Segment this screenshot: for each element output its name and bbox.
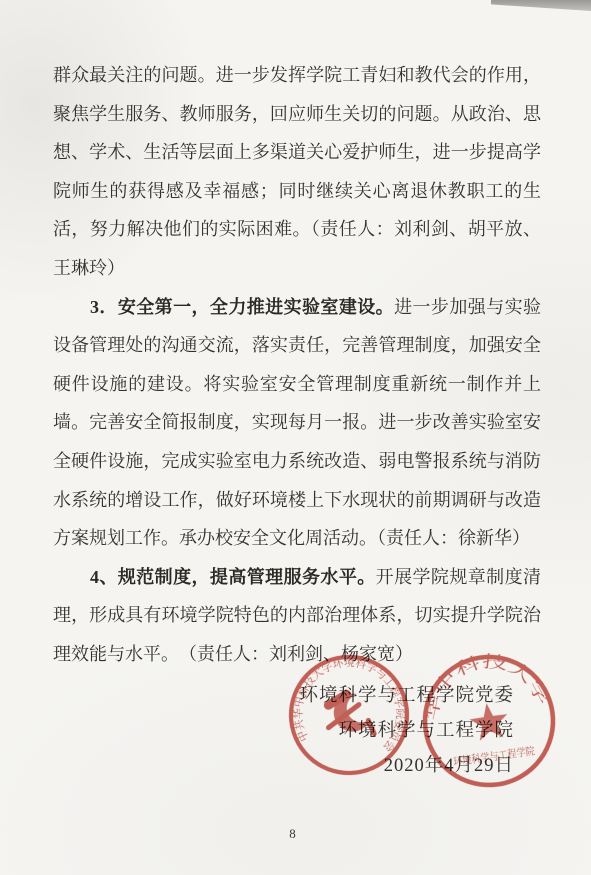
paragraph-heading-segment: 3．安全第一，全力推进实验室建设。 bbox=[90, 297, 394, 317]
star-icon bbox=[468, 701, 511, 742]
paragraph-heading-segment: 4、规范制度，提高管理服务水平。 bbox=[90, 567, 376, 587]
paragraph: 3．安全第一，全力推进实验室建设。进一步加强与实验设备管理处的沟通交流，落实责任… bbox=[53, 288, 541, 558]
college-official-seal: 华中科技大学 环境科学与工程学院 bbox=[410, 642, 568, 800]
page-number: 8 bbox=[0, 826, 585, 842]
text-segment: 进一步加强与实验设备管理处的沟通交流，落实责任，完善管理制度，加强安全硬件设施的… bbox=[53, 297, 541, 549]
scan-corner-shadow bbox=[491, 0, 591, 11]
text-segment: 群众最关注的问题。进一步发挥学院工青妇和教代会的作用，聚焦学生服务、教师服务，回… bbox=[53, 65, 541, 278]
scanned-document-page: 群众最关注的问题。进一步发挥学院工青妇和教代会的作用，聚焦学生服务、教师服务，回… bbox=[0, 0, 591, 875]
hammer-sickle-icon bbox=[325, 689, 381, 735]
paragraph: 群众最关注的问题。进一步发挥学院工青妇和教代会的作用，聚焦学生服务、教师服务，回… bbox=[53, 56, 541, 288]
document-body: 群众最关注的问题。进一步发挥学院工青妇和教代会的作用，聚焦学生服务、教师服务，回… bbox=[53, 56, 541, 674]
party-committee-seal: 中共华中科技大学环境科学与工程学院委员会 bbox=[277, 643, 421, 787]
seal-bottom-text: 环境科学与工程学院 bbox=[452, 744, 535, 768]
party-seal-graphic: 中共华中科技大学环境科学与工程学院委员会 bbox=[277, 643, 421, 787]
college-seal-graphic: 华中科技大学 环境科学与工程学院 bbox=[410, 642, 568, 800]
